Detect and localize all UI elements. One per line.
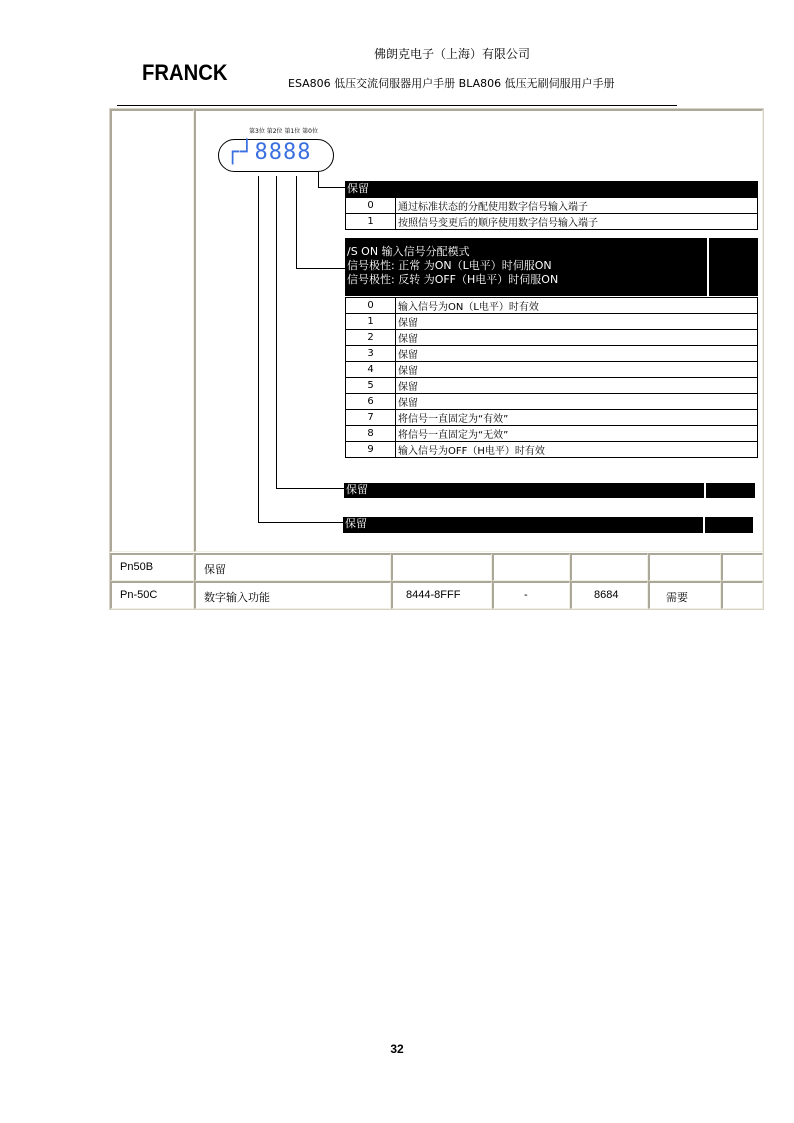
header-rule — [117, 105, 677, 106]
param-row-pn50c-unit: - — [492, 581, 570, 609]
option-row: 3保留 — [346, 346, 758, 362]
option-code: 8 — [346, 426, 396, 442]
company-name: 佛朗克电子（上海）有限公司 — [0, 45, 794, 62]
param-id: Pn50B — [120, 561, 153, 573]
option-desc: 输入信号为OFF（H电平）时有效 — [396, 442, 758, 458]
connector-digit0-h — [318, 187, 346, 188]
company-logo: FRANCK — [142, 60, 227, 86]
digit1-title-line1: /S ON 输入信号分配模式 — [347, 246, 470, 258]
option-row: 5保留 — [346, 378, 758, 394]
option-desc: 输入信号为ON（L电平）时有效 — [396, 298, 758, 314]
digit2-header-divider — [704, 483, 706, 498]
param-id: Pn-50C — [120, 589, 157, 601]
connector-digit2 — [276, 176, 277, 489]
diagram-row-id-cell — [110, 109, 194, 552]
param-row-pn50b-default — [570, 553, 648, 581]
param-name: 保留 — [204, 561, 226, 577]
option-code: 1 — [346, 314, 396, 330]
option-row: 0 通过标准状态的分配使用数字信号输入端子 — [346, 198, 758, 214]
option-code: 4 — [346, 362, 396, 378]
digit1-header: /S ON 输入信号分配模式 信号极性: 正常 为ON（L电平）时伺服ON 信号… — [345, 238, 758, 296]
option-desc: 通过标准状态的分配使用数字信号输入端子 — [396, 198, 758, 214]
connector-digit1-h — [296, 268, 346, 269]
digit0-title: 保留 — [347, 183, 369, 195]
digit3-title: 保留 — [345, 518, 367, 530]
digit-position-labels: 第3位 第2位 第1位 第0位 — [249, 126, 318, 135]
connector-digit3 — [258, 176, 259, 523]
param-restart: 需要 — [666, 589, 688, 605]
option-code: 9 — [346, 442, 396, 458]
option-desc: 保留 — [396, 394, 758, 410]
digit0-header: 保留 — [345, 181, 758, 197]
option-code: 7 — [346, 410, 396, 426]
option-code: 3 — [346, 346, 396, 362]
option-desc: 保留 — [396, 330, 758, 346]
connector-digit2-h — [276, 488, 344, 489]
digit1-title-line3: 信号极性: 反转 为OFF（H电平）时伺服ON — [347, 274, 558, 286]
param-name: 数字输入功能 — [204, 589, 270, 605]
param-row-pn50c-id: Pn-50C — [110, 581, 194, 609]
param-row-pn50b-id: Pn50B — [110, 553, 194, 581]
option-desc: 保留 — [396, 378, 758, 394]
option-code: 1 — [346, 214, 396, 230]
document-subtitle: ESA806 低压交流伺服器用户手册 BLA806 低压无刷伺服用户手册 — [288, 75, 615, 91]
option-row: 4保留 — [346, 362, 758, 378]
option-code: 0 — [346, 298, 396, 314]
option-code: 0 — [346, 198, 396, 214]
option-row: 6保留 — [346, 394, 758, 410]
param-row-pn50c-range: 8444-8FFF — [391, 581, 492, 609]
option-row: 8将信号一直固定为“无效” — [346, 426, 758, 442]
option-row: 2保留 — [346, 330, 758, 346]
param-range: 8444-8FFF — [406, 589, 460, 601]
option-row: 1保留 — [346, 314, 758, 330]
option-code: 6 — [346, 394, 396, 410]
option-row: 0输入信号为ON（L电平）时有效 — [346, 298, 758, 314]
digit1-title-line2: 信号极性: 正常 为ON（L电平）时伺服ON — [347, 260, 552, 272]
connector-digit3-h — [258, 522, 344, 523]
option-desc: 保留 — [396, 362, 758, 378]
led-display-digits: ┌┘8888 — [226, 140, 311, 165]
param-row-pn50c-extra — [721, 581, 763, 609]
param-row-pn50c-restart: 需要 — [648, 581, 721, 609]
digit2-header: 保留 — [344, 483, 755, 498]
digit1-options: 0输入信号为ON（L电平）时有效 1保留 2保留 3保留 4保留 5保留 6保留… — [345, 297, 758, 458]
param-row-pn50b-unit — [492, 553, 570, 581]
digit3-header: 保留 — [343, 517, 753, 533]
digit2-title: 保留 — [346, 484, 368, 496]
option-row: 7将信号一直固定为“有效” — [346, 410, 758, 426]
param-default: 8684 — [594, 589, 618, 601]
param-row-pn50b-extra — [721, 553, 763, 581]
param-unit: - — [524, 589, 528, 601]
option-desc: 将信号一直固定为“有效” — [396, 410, 758, 426]
page-number: 32 — [0, 1042, 794, 1056]
digit1-header-divider — [707, 238, 709, 296]
option-code: 2 — [346, 330, 396, 346]
option-desc: 按照信号变更后的顺序使用数字信号输入端子 — [396, 214, 758, 230]
digit3-header-divider — [703, 517, 705, 533]
digit0-options: 0 通过标准状态的分配使用数字信号输入端子 1 按照信号变更后的顺序使用数字信号… — [345, 197, 758, 230]
param-row-pn50b-name: 保留 — [194, 553, 391, 581]
option-desc: 将信号一直固定为“无效” — [396, 426, 758, 442]
param-row-pn50c-default: 8684 — [570, 581, 648, 609]
option-desc: 保留 — [396, 346, 758, 362]
connector-digit1 — [296, 176, 297, 269]
connector-digit0 — [318, 172, 319, 188]
option-code: 5 — [346, 378, 396, 394]
param-row-pn50b-restart — [648, 553, 721, 581]
option-row: 9输入信号为OFF（H电平）时有效 — [346, 442, 758, 458]
option-desc: 保留 — [396, 314, 758, 330]
param-row-pn50c-name: 数字输入功能 — [194, 581, 391, 609]
option-row: 1 按照信号变更后的顺序使用数字信号输入端子 — [346, 214, 758, 230]
param-row-pn50b-range — [391, 553, 492, 581]
